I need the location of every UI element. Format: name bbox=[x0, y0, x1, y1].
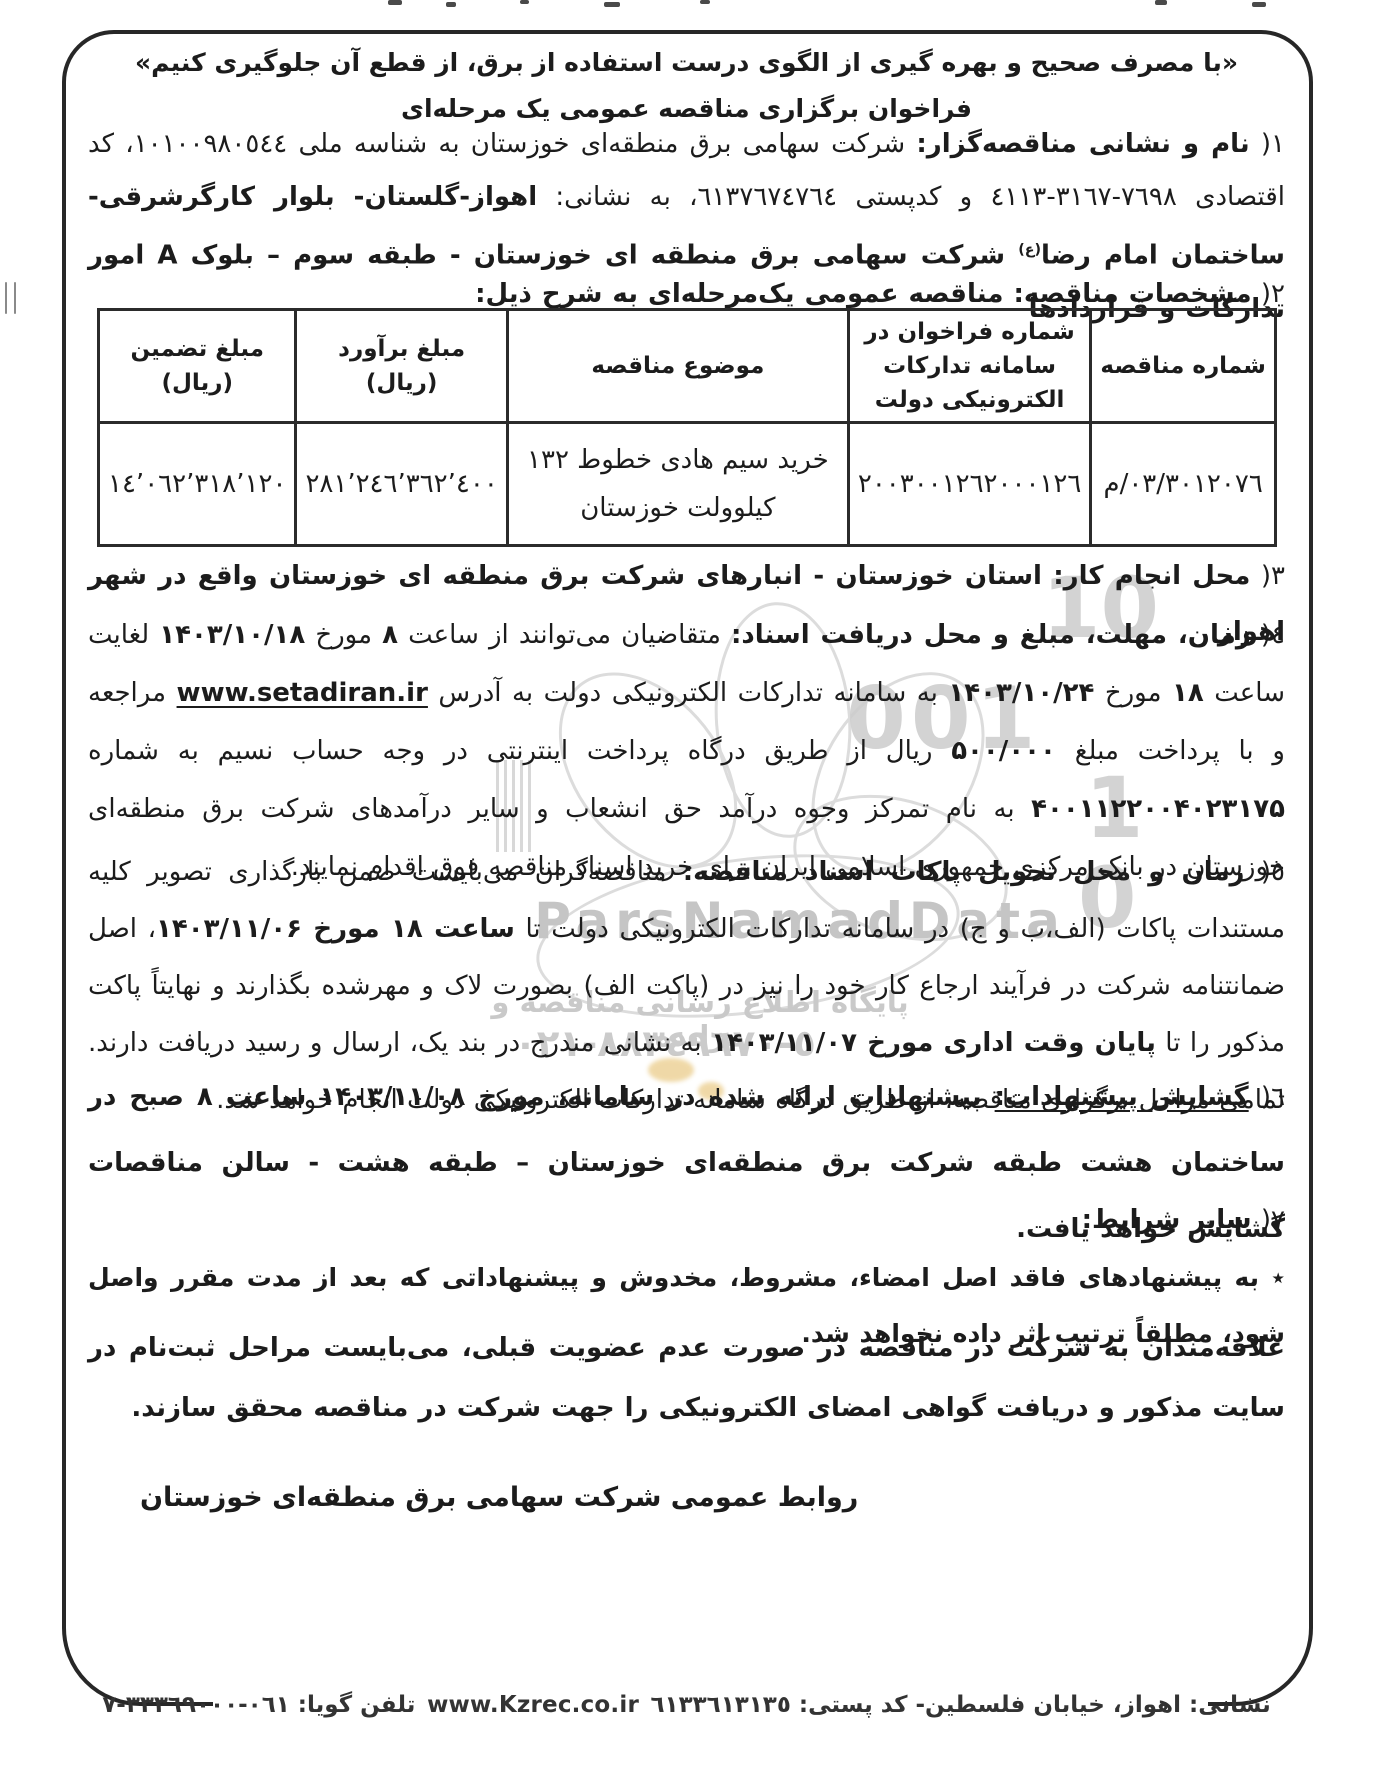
text-segment: مورخ ۱۴۰۳/۱۱/۰۸ ساعت ۸ صبح bbox=[129, 1082, 544, 1112]
text-segment: نشانی: اهواز، خیابان فلسطین- کد پستی: ٦١… bbox=[639, 1692, 1271, 1718]
item-4-number: ٤( bbox=[1251, 620, 1285, 650]
cell-subject: خرید سیم هادی خطوط ۱۳۲ کیلوولت خوزستان bbox=[507, 423, 848, 546]
text-segment: پایان وقت اداری مورخ ۱۴۰۳/۱۱/۰۷ bbox=[711, 1028, 1156, 1058]
table-header-row: شماره مناقصه شماره فراخوان در سامانه تدا… bbox=[99, 310, 1276, 423]
item-7-number: ٧( bbox=[1252, 1205, 1285, 1235]
text-segment: متقاضیان می‌توانند از ساعت bbox=[398, 620, 731, 650]
text-segment: مورخ bbox=[1094, 678, 1172, 708]
cell-call-number: ٢٠٠٣٠٠١٢٦٢٠٠٠١٢٦ bbox=[848, 423, 1090, 546]
kzrec-url: www.Kzrec.co.ir bbox=[427, 1692, 639, 1718]
star-bullet: ٭ bbox=[1259, 1263, 1285, 1292]
header-quote: «با مصرف صحیح و بهره گیری از الگوی درست … bbox=[88, 48, 1285, 77]
text-segment: ۱۴۰۳/۱۰/۲۴ bbox=[948, 678, 1094, 708]
cell-tender-number: ٠٣/٣٠١٢٠٧٦/م bbox=[1091, 423, 1276, 546]
col-header-subject: موضوع مناقصه bbox=[507, 310, 848, 423]
item-6-number: ٦( bbox=[1249, 1082, 1285, 1112]
scan-artifact bbox=[5, 282, 7, 314]
col-header-estimate-amount: مبلغ برآورد (ریال) bbox=[296, 310, 507, 423]
registration-requirement-note: علاقه‌مندان به شرکت در مناقصه در صورت عد… bbox=[88, 1318, 1285, 1438]
scan-artifact bbox=[14, 282, 16, 314]
text-segment: ۵۰۰/۰۰۰ bbox=[951, 736, 1056, 766]
cell-estimate-amount: ٢٨١٬٢٤٦٬٣٦٢٬٤٠٠ bbox=[296, 423, 507, 546]
tender-details-table: شماره مناقصه شماره فراخوان در سامانه تدا… bbox=[97, 308, 1277, 547]
col-header-call-number: شماره فراخوان در سامانه تدارکات الکترونی… bbox=[848, 310, 1090, 423]
text-segment: مشخصات مناقصه: bbox=[1013, 279, 1251, 309]
text-segment: زمان، مهلت، مبلغ و محل دریافت اسناد: bbox=[731, 620, 1251, 650]
item-2-number: ٢( bbox=[1252, 279, 1285, 309]
cell-guarantee-amount: ١٤٬٠٦٢٬٣١٨٬١٢٠ bbox=[99, 423, 296, 546]
item-1-number: ١( bbox=[1250, 129, 1285, 159]
text-segment: گشایش پیشنهادات: bbox=[995, 1082, 1249, 1112]
setadiran-url: www.setadiran.ir bbox=[177, 678, 428, 708]
text-segment: نام و نشانی مناقصه‌گزار: bbox=[916, 129, 1249, 159]
text-segment: ۱۸ bbox=[1172, 678, 1204, 708]
text-segment: به سامانه تدارکات الکترونیکی دولت به آدر… bbox=[428, 678, 948, 708]
scanned-tender-notice-page: { "colors": { "ink": "#1c1c1c", "waterma… bbox=[0, 0, 1373, 1780]
item-5-number: ٥( bbox=[1245, 857, 1285, 887]
table-row: ٠٣/٣٠١٢٠٧٦/م ٢٠٠٣٠٠١٢٦٢٠٠٠١٢٦ خرید سیم ه… bbox=[99, 423, 1276, 546]
public-relations-signature: روابط عمومی شرکت سهامی برق منطقه‌ای خوزس… bbox=[140, 1482, 858, 1513]
footer-contact-line: نشانی: اهواز، خیابان فلسطین- کد پستی: ٦١… bbox=[0, 1692, 1373, 1718]
item-3-number: ٣( bbox=[1250, 561, 1285, 591]
text-segment: ساعت ۱۸ مورخ ۱۴۰۳/۱۱/۰۶ bbox=[156, 914, 515, 944]
text-segment: (ع) bbox=[1018, 242, 1041, 258]
text-segment: زمان و محل تحویل پاکات اسناد مناقصه: bbox=[683, 857, 1245, 887]
document-content: «با مصرف صحیح و بهره گیری از الگوی درست … bbox=[88, 0, 1285, 1780]
text-segment: مناقصه عمومی یک‌مرحله‌ای به شرح ذیل: bbox=[475, 279, 1013, 309]
col-header-tender-number: شماره مناقصه bbox=[1091, 310, 1276, 423]
text-segment: مورخ bbox=[305, 620, 382, 650]
nasim-account-number: ۴۰۰۱۱۲۲۰۰۴۰۲۳۱۷۵ bbox=[1031, 794, 1285, 824]
text-segment: تلفن گویا: ٠٦١-٣٣٣٦٩٠٠٠-٧ bbox=[102, 1692, 427, 1718]
col-header-guarantee-amount: مبلغ تضمین (ریال) bbox=[99, 310, 296, 423]
item-7-other-conditions-heading: ٧( سایر شرایط: bbox=[88, 1192, 1285, 1248]
text-segment: سایر شرایط: bbox=[1082, 1205, 1252, 1235]
text-segment: محل انجام کار: bbox=[1053, 561, 1250, 591]
text-segment: پیشنهادات ارائه شده در سامانه، bbox=[545, 1082, 995, 1112]
text-segment: ۱۴۰۳/۱۰/۱۸ bbox=[159, 620, 305, 650]
text-segment: ۸ bbox=[382, 620, 398, 650]
text-segment: ریال از طریق درگاه پرداخت اینترنتی در وج… bbox=[88, 736, 951, 766]
text-segment: علاقه‌مندان به شرکت در مناقصه در صورت عد… bbox=[88, 1333, 1285, 1423]
